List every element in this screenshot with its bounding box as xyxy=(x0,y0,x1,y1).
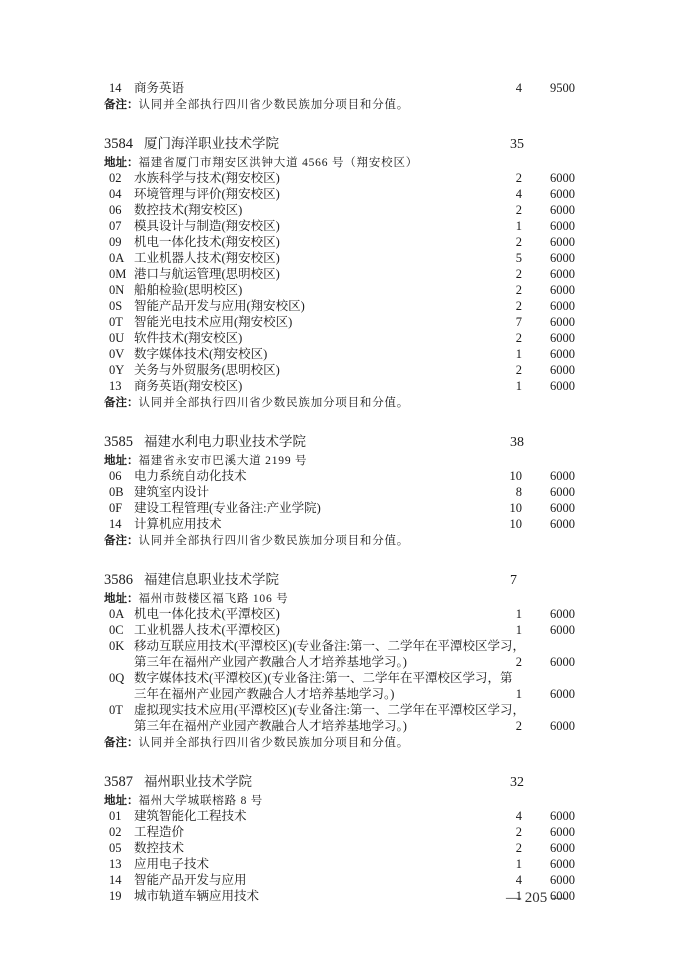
major-fee: 6000 xyxy=(550,516,575,532)
major-count: 2 xyxy=(516,234,522,250)
major-fee: 6000 xyxy=(550,346,575,362)
school-total: 35 xyxy=(510,135,524,154)
major-fee: 6000 xyxy=(550,840,575,856)
major-row: 0A工业机器人技术(翔安校区)56000 xyxy=(104,250,584,266)
major-code: 19 xyxy=(109,888,122,904)
major-name: 应用电子技术 xyxy=(134,856,209,872)
major-fee: 6000 xyxy=(550,170,575,186)
major-row: 02水族科学与技术(翔安校区)26000 xyxy=(104,170,584,186)
major-name: 智能产品开发与应用 xyxy=(134,872,247,888)
major-code: 0B xyxy=(109,484,124,500)
major-row: 0Q数字媒体技术(平潭校区)(专业备注:第一、二学年在平潭校区学习，第 xyxy=(104,670,584,686)
major-code: 0V xyxy=(109,346,124,362)
major-count: 10 xyxy=(510,500,523,516)
note-label: 备注： xyxy=(104,533,139,547)
major-code: 02 xyxy=(109,824,122,840)
major-count: 2 xyxy=(516,824,522,840)
major-count: 1 xyxy=(516,606,522,622)
major-row: 0M港口与航运管理(思明校区)26000 xyxy=(104,266,584,282)
major-name: 建设工程管理(专业备注:产业学院) xyxy=(134,500,321,516)
address-label: 地址： xyxy=(104,591,139,605)
major-code: 09 xyxy=(109,234,122,250)
major-row: 0K移动互联应用技术(平潭校区)(专业备注:第一、二学年在平潭校区学习， xyxy=(104,638,584,654)
major-name: 商务英语(翔安校区) xyxy=(134,378,242,394)
major-name: 城市轨道车辆应用技术 xyxy=(134,888,259,904)
major-fee: 6000 xyxy=(550,266,575,282)
major-code: 13 xyxy=(109,378,122,394)
major-row: 0N船舶检验(思明校区)26000 xyxy=(104,282,584,298)
major-row: 0F建设工程管理(专业备注:产业学院)106000 xyxy=(104,500,584,516)
major-code: 0A xyxy=(109,250,124,266)
major-count: 2 xyxy=(516,282,522,298)
address-text: 福建省厦门市翔安区洪钟大道 4566 号（翔安校区） xyxy=(139,157,419,169)
note-label: 备注： xyxy=(104,97,139,111)
major-fee: 6000 xyxy=(550,824,575,840)
school-id: 3586 xyxy=(104,571,133,590)
major-fee: 6000 xyxy=(550,718,575,734)
major-row: 13商务英语(翔安校区)16000 xyxy=(104,378,584,394)
major-code: 14 xyxy=(109,872,122,888)
major-name: 港口与航运管理(思明校区) xyxy=(134,266,280,282)
major-count: 4 xyxy=(516,80,522,96)
major-code: 0C xyxy=(109,622,124,638)
major-name: 工程造价 xyxy=(134,824,184,840)
major-count: 1 xyxy=(516,856,522,872)
major-fee: 6000 xyxy=(550,362,575,378)
school-header: 3584 厦门海洋职业技术学院 35 xyxy=(104,135,584,154)
major-count: 4 xyxy=(516,186,522,202)
major-name: 软件技术(翔安校区) xyxy=(134,330,242,346)
major-count: 2 xyxy=(516,840,522,856)
major-code: 0A xyxy=(109,606,124,622)
major-count: 1 xyxy=(516,378,522,394)
school-header: 3585 福建水利电力职业技术学院 38 xyxy=(104,433,584,452)
major-count: 2 xyxy=(516,718,522,734)
major-row: 14计算机应用技术106000 xyxy=(104,516,584,532)
major-code: 0Y xyxy=(109,362,124,378)
major-name: 水族科学与技术(翔安校区) xyxy=(134,170,280,186)
school-total: 38 xyxy=(510,433,524,452)
major-name: 数控技术(翔安校区) xyxy=(134,202,242,218)
major-row: 05数控技术26000 xyxy=(104,840,584,856)
school-address: 地址：福建省厦门市翔安区洪钟大道 4566 号（翔安校区） xyxy=(104,154,584,170)
school-note: 备注：认同并全部执行四川省少数民族加分项目和分值。 xyxy=(104,734,584,750)
major-count: 7 xyxy=(516,314,522,330)
note-text: 认同并全部执行四川省少数民族加分项目和分值。 xyxy=(139,737,410,749)
major-row: 02工程造价26000 xyxy=(104,824,584,840)
major-row: 0T智能光电技术应用(翔安校区)76000 xyxy=(104,314,584,330)
major-row: 0T虚拟现实技术应用(平潭校区)(专业备注:第一、二学年在平潭校区学习， xyxy=(104,702,584,718)
school-address: 地址：福州大学城联榕路 8 号 xyxy=(104,792,584,808)
major-count: 10 xyxy=(510,516,523,532)
major-name: 虚拟现实技术应用(平潭校区)(专业备注:第一、二学年在平潭校区学习， xyxy=(134,702,525,718)
major-count: 2 xyxy=(516,202,522,218)
major-row: 0A机电一体化技术(平潭校区)16000 xyxy=(104,606,584,622)
note-label: 备注： xyxy=(104,395,139,409)
major-row: 0V数字媒体技术(翔安校区)16000 xyxy=(104,346,584,362)
major-code: 0U xyxy=(109,330,124,346)
major-name: 建筑室内设计 xyxy=(134,484,209,500)
address-label: 地址： xyxy=(104,793,139,807)
major-fee: 6000 xyxy=(550,202,575,218)
major-code: 06 xyxy=(109,202,122,218)
school-total: 7 xyxy=(510,571,517,590)
major-name: 移动互联应用技术(平潭校区)(专业备注:第一、二学年在平潭校区学习， xyxy=(134,638,525,654)
major-code: 14 xyxy=(109,80,122,96)
school-id: 3584 xyxy=(104,135,133,154)
major-code: 0M xyxy=(109,266,126,282)
major-fee: 6000 xyxy=(550,484,575,500)
major-count: 1 xyxy=(516,346,522,362)
major-name: 智能产品开发与应用(翔安校区) xyxy=(134,298,305,314)
major-fee: 6000 xyxy=(550,468,575,484)
school-address: 地址：福建省永安市巴溪大道 2199 号 xyxy=(104,452,584,468)
major-name: 商务英语 xyxy=(134,80,184,96)
major-row: 07模具设计与制造(翔安校区)16000 xyxy=(104,218,584,234)
major-row: 09机电一体化技术(翔安校区)26000 xyxy=(104,234,584,250)
major-count: 1 xyxy=(516,622,522,638)
major-name: 数字媒体技术(平潭校区)(专业备注:第一、二学年在平潭校区学习，第 xyxy=(134,670,512,686)
major-row: 13应用电子技术16000 xyxy=(104,856,584,872)
major-count: 2 xyxy=(516,654,522,670)
major-count: 4 xyxy=(516,808,522,824)
major-name: 机电一体化技术(平潭校区) xyxy=(134,606,280,622)
major-row: 0U软件技术(翔安校区)26000 xyxy=(104,330,584,346)
major-name: 电力系统自动化技术 xyxy=(134,468,247,484)
major-name: 建筑智能化工程技术 xyxy=(134,808,247,824)
major-code: 07 xyxy=(109,218,122,234)
major-name-continuation: 第三年在福州产业园产教融合人才培养基地学习。) xyxy=(134,654,407,670)
major-row: 0C工业机器人技术(平潭校区)16000 xyxy=(104,622,584,638)
major-row: 0Y关务与外贸服务(思明校区)26000 xyxy=(104,362,584,378)
major-code: 0S xyxy=(109,298,122,314)
address-label: 地址： xyxy=(104,453,139,467)
major-code: 0Q xyxy=(109,670,124,686)
major-fee: 6000 xyxy=(550,282,575,298)
major-fee: 6000 xyxy=(550,218,575,234)
school-name: 福州职业技术学院 xyxy=(144,773,252,792)
major-name: 关务与外贸服务(思明校区) xyxy=(134,362,280,378)
address-text: 福建省永安市巴溪大道 2199 号 xyxy=(139,455,308,467)
major-row: 0B建筑室内设计86000 xyxy=(104,484,584,500)
address-label: 地址： xyxy=(104,155,139,169)
major-fee: 9500 xyxy=(550,80,575,96)
major-code: 05 xyxy=(109,840,122,856)
major-name-continuation: 第三年在福州产业园产教融合人才培养基地学习。) xyxy=(134,718,407,734)
major-count: 2 xyxy=(516,266,522,282)
major-row: 04环境管理与评价(翔安校区)46000 xyxy=(104,186,584,202)
school-header: 3587 福州职业技术学院 32 xyxy=(104,773,584,792)
major-fee: 6000 xyxy=(550,250,575,266)
address-text: 福州大学城联榕路 8 号 xyxy=(139,795,264,807)
major-fee: 6000 xyxy=(550,686,575,702)
major-row-continuation: 第三年在福州产业园产教融合人才培养基地学习。)26000 xyxy=(104,654,584,670)
major-code: 06 xyxy=(109,468,122,484)
note-text: 认同并全部执行四川省少数民族加分项目和分值。 xyxy=(139,99,410,111)
major-count: 10 xyxy=(510,468,523,484)
major-code: 0T xyxy=(109,314,123,330)
major-count: 2 xyxy=(516,170,522,186)
school-note: 备注：认同并全部执行四川省少数民族加分项目和分值。 xyxy=(104,394,584,410)
major-fee: 6000 xyxy=(550,872,575,888)
page-number: — 205 — xyxy=(506,890,566,907)
major-fee: 6000 xyxy=(550,808,575,824)
school-header: 3586 福建信息职业技术学院 7 xyxy=(104,571,584,590)
major-name: 数字媒体技术(翔安校区) xyxy=(134,346,267,362)
major-count: 1 xyxy=(516,686,522,702)
school-name: 福建水利电力职业技术学院 xyxy=(144,433,306,452)
major-count: 2 xyxy=(516,330,522,346)
major-row: 14 商务英语 4 9500 xyxy=(104,80,584,96)
major-count: 2 xyxy=(516,362,522,378)
major-count: 4 xyxy=(516,872,522,888)
major-name: 船舶检验(思明校区) xyxy=(134,282,242,298)
major-name: 工业机器人技术(翔安校区) xyxy=(134,250,280,266)
major-fee: 6000 xyxy=(550,314,575,330)
major-row: 0S智能产品开发与应用(翔安校区)26000 xyxy=(104,298,584,314)
major-fee: 6000 xyxy=(550,330,575,346)
major-name: 环境管理与评价(翔安校区) xyxy=(134,186,280,202)
major-code: 13 xyxy=(109,856,122,872)
major-fee: 6000 xyxy=(550,622,575,638)
major-fee: 6000 xyxy=(550,654,575,670)
major-name-continuation: 三年在福州产业园产教融合人才培养基地学习。) xyxy=(134,686,394,702)
school-note: 备注：认同并全部执行四川省少数民族加分项目和分值。 xyxy=(104,96,584,112)
major-fee: 6000 xyxy=(550,606,575,622)
major-fee: 6000 xyxy=(550,856,575,872)
major-code: 0K xyxy=(109,638,124,654)
note-text: 认同并全部执行四川省少数民族加分项目和分值。 xyxy=(139,397,410,409)
address-text: 福州市鼓楼区福飞路 106 号 xyxy=(139,593,289,605)
major-name: 计算机应用技术 xyxy=(134,516,222,532)
major-row: 06数控技术(翔安校区)26000 xyxy=(104,202,584,218)
major-fee: 6000 xyxy=(550,378,575,394)
major-name: 工业机器人技术(平潭校区) xyxy=(134,622,280,638)
note-text: 认同并全部执行四川省少数民族加分项目和分值。 xyxy=(139,535,410,547)
major-fee: 6000 xyxy=(550,234,575,250)
major-code: 01 xyxy=(109,808,122,824)
major-fee: 6000 xyxy=(550,186,575,202)
major-name: 数控技术 xyxy=(134,840,184,856)
major-row: 14智能产品开发与应用46000 xyxy=(104,872,584,888)
major-name: 智能光电技术应用(翔安校区) xyxy=(134,314,292,330)
major-fee: 6000 xyxy=(550,298,575,314)
major-code: 02 xyxy=(109,170,122,186)
major-code: 14 xyxy=(109,516,122,532)
major-name: 机电一体化技术(翔安校区) xyxy=(134,234,280,250)
major-count: 5 xyxy=(516,250,522,266)
document-page: 14 商务英语 4 9500 备注：认同并全部执行四川省少数民族加分项目和分值。… xyxy=(104,80,584,904)
major-count: 8 xyxy=(516,484,522,500)
major-count: 2 xyxy=(516,298,522,314)
note-label: 备注： xyxy=(104,735,139,749)
school-total: 32 xyxy=(510,773,524,792)
major-code: 0T xyxy=(109,702,123,718)
major-row: 06电力系统自动化技术106000 xyxy=(104,468,584,484)
major-row-continuation: 三年在福州产业园产教融合人才培养基地学习。)16000 xyxy=(104,686,584,702)
major-row: 01建筑智能化工程技术46000 xyxy=(104,808,584,824)
major-count: 1 xyxy=(516,218,522,234)
major-name: 模具设计与制造(翔安校区) xyxy=(134,218,280,234)
major-fee: 6000 xyxy=(550,500,575,516)
school-id: 3585 xyxy=(104,433,133,452)
school-id: 3587 xyxy=(104,773,133,792)
school-address: 地址：福州市鼓楼区福飞路 106 号 xyxy=(104,590,584,606)
major-code: 04 xyxy=(109,186,122,202)
school-note: 备注：认同并全部执行四川省少数民族加分项目和分值。 xyxy=(104,532,584,548)
major-row-continuation: 第三年在福州产业园产教融合人才培养基地学习。)26000 xyxy=(104,718,584,734)
major-code: 0F xyxy=(109,500,122,516)
major-code: 0N xyxy=(109,282,124,298)
school-name: 福建信息职业技术学院 xyxy=(144,571,279,590)
school-name: 厦门海洋职业技术学院 xyxy=(144,135,279,154)
